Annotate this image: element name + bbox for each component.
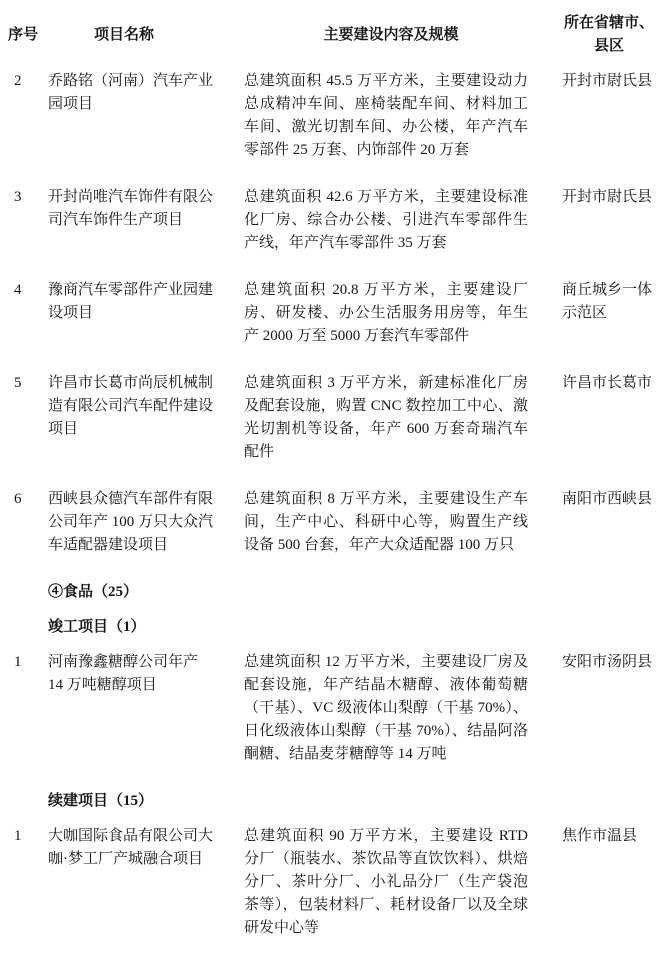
header-location: 所在省辖市、县区 — [562, 12, 656, 58]
project-content: 总建筑面积 8 万平方米，主要建设生产车间，生产中心、科研中心等，购置生产线设备… — [244, 488, 562, 557]
project-location: 开封市尉氏县 — [562, 70, 656, 93]
table-header-row: 序号 项目名称 主要建设内容及规模 所在省辖市、县区 — [8, 12, 656, 58]
project-content: 总建筑面积 20.8 万平方米，主要建设厂房、研发楼、办公生活服务用房等，年生产… — [244, 279, 562, 348]
row-number: 1 — [8, 825, 48, 848]
project-location: 焦作市温县 — [562, 825, 656, 848]
row-number: 1 — [8, 651, 48, 674]
row-number: 3 — [8, 186, 48, 209]
project-content: 总建筑面积 3 万平方米，新建标准化厂房及配套设施，购置 CNC 数控加工中心、… — [244, 372, 562, 464]
table-row: 6 西峡县众德汽车部件有限公司年产 100 万只大众汽车适配器建设项目 总建筑面… — [8, 488, 656, 557]
project-content: 总建筑面积 12 万平方米，主要建设厂房及配套设施，年产结晶木糖醇、液体葡萄糖（… — [244, 651, 562, 766]
row-number: 6 — [8, 488, 48, 511]
table-row: 3 开封尚唯汽车饰件有限公司汽车饰件生产项目 总建筑面积 42.6 万平方米，主… — [8, 186, 656, 255]
project-location: 安阳市汤阴县 — [562, 651, 656, 674]
project-name: 乔路铭（河南）汽车产业园项目 — [48, 70, 244, 116]
project-location: 许昌市长葛市 — [562, 372, 656, 395]
project-list-document: 序号 项目名称 主要建设内容及规模 所在省辖市、县区 2 乔路铭（河南）汽车产业… — [0, 0, 660, 940]
table-row: 2 乔路铭（河南）汽车产业园项目 总建筑面积 45.5 万平方米，主要建设动力总… — [8, 70, 656, 162]
table-row: 5 许昌市长葛市尚辰机械制造有限公司汽车配件建设项目 总建筑面积 3 万平方米，… — [8, 372, 656, 464]
project-location: 南阳市西峡县 — [562, 488, 656, 511]
project-name: 开封尚唯汽车饰件有限公司汽车饰件生产项目 — [48, 186, 244, 232]
section-heading: 续建项目（15） — [48, 790, 656, 813]
project-name: 大咖国际食品有限公司大咖·梦工厂产城融合项目 — [48, 825, 244, 871]
project-content: 总建筑面积 45.5 万平方米，主要建设动力总成精冲车间、座椅装配车间、材料加工… — [244, 70, 562, 162]
table-row: 1 大咖国际食品有限公司大咖·梦工厂产城融合项目 总建筑面积 90 万平方米，主… — [8, 825, 656, 940]
table-body: 2 乔路铭（河南）汽车产业园项目 总建筑面积 45.5 万平方米，主要建设动力总… — [8, 70, 656, 940]
table-row: 1 河南豫鑫糖醇公司年产 14 万吨糖醇项目 总建筑面积 12 万平方米，主要建… — [8, 651, 656, 766]
project-name: 豫商汽车零部件产业园建设项目 — [48, 279, 244, 325]
row-number: 4 — [8, 279, 48, 302]
project-name: 许昌市长葛市尚辰机械制造有限公司汽车配件建设项目 — [48, 372, 244, 441]
row-number: 5 — [8, 372, 48, 395]
project-location: 开封市尉氏县 — [562, 186, 656, 209]
project-location: 商丘城乡一体示范区 — [562, 279, 656, 325]
table-row: 4 豫商汽车零部件产业园建设项目 总建筑面积 20.8 万平方米，主要建设厂房、… — [8, 279, 656, 348]
header-project-name: 项目名称 — [48, 24, 244, 47]
section-heading: 竣工项目（1） — [48, 616, 656, 639]
header-main-content-scale: 主要建设内容及规模 — [244, 24, 562, 47]
section-heading: ④食品（25） — [48, 581, 656, 604]
project-content: 总建筑面积 90 万平方米，主要建设 RTD 分厂（瓶装水、茶饮品等直饮饮料）、… — [244, 825, 562, 940]
project-name: 河南豫鑫糖醇公司年产 14 万吨糖醇项目 — [48, 651, 244, 697]
project-name: 西峡县众德汽车部件有限公司年产 100 万只大众汽车适配器建设项目 — [48, 488, 244, 557]
row-number: 2 — [8, 70, 48, 93]
header-seq-no: 序号 — [8, 24, 48, 47]
project-content: 总建筑面积 42.6 万平方米，主要建设标准化厂房、综合办公楼、引进汽车零部件生… — [244, 186, 562, 255]
